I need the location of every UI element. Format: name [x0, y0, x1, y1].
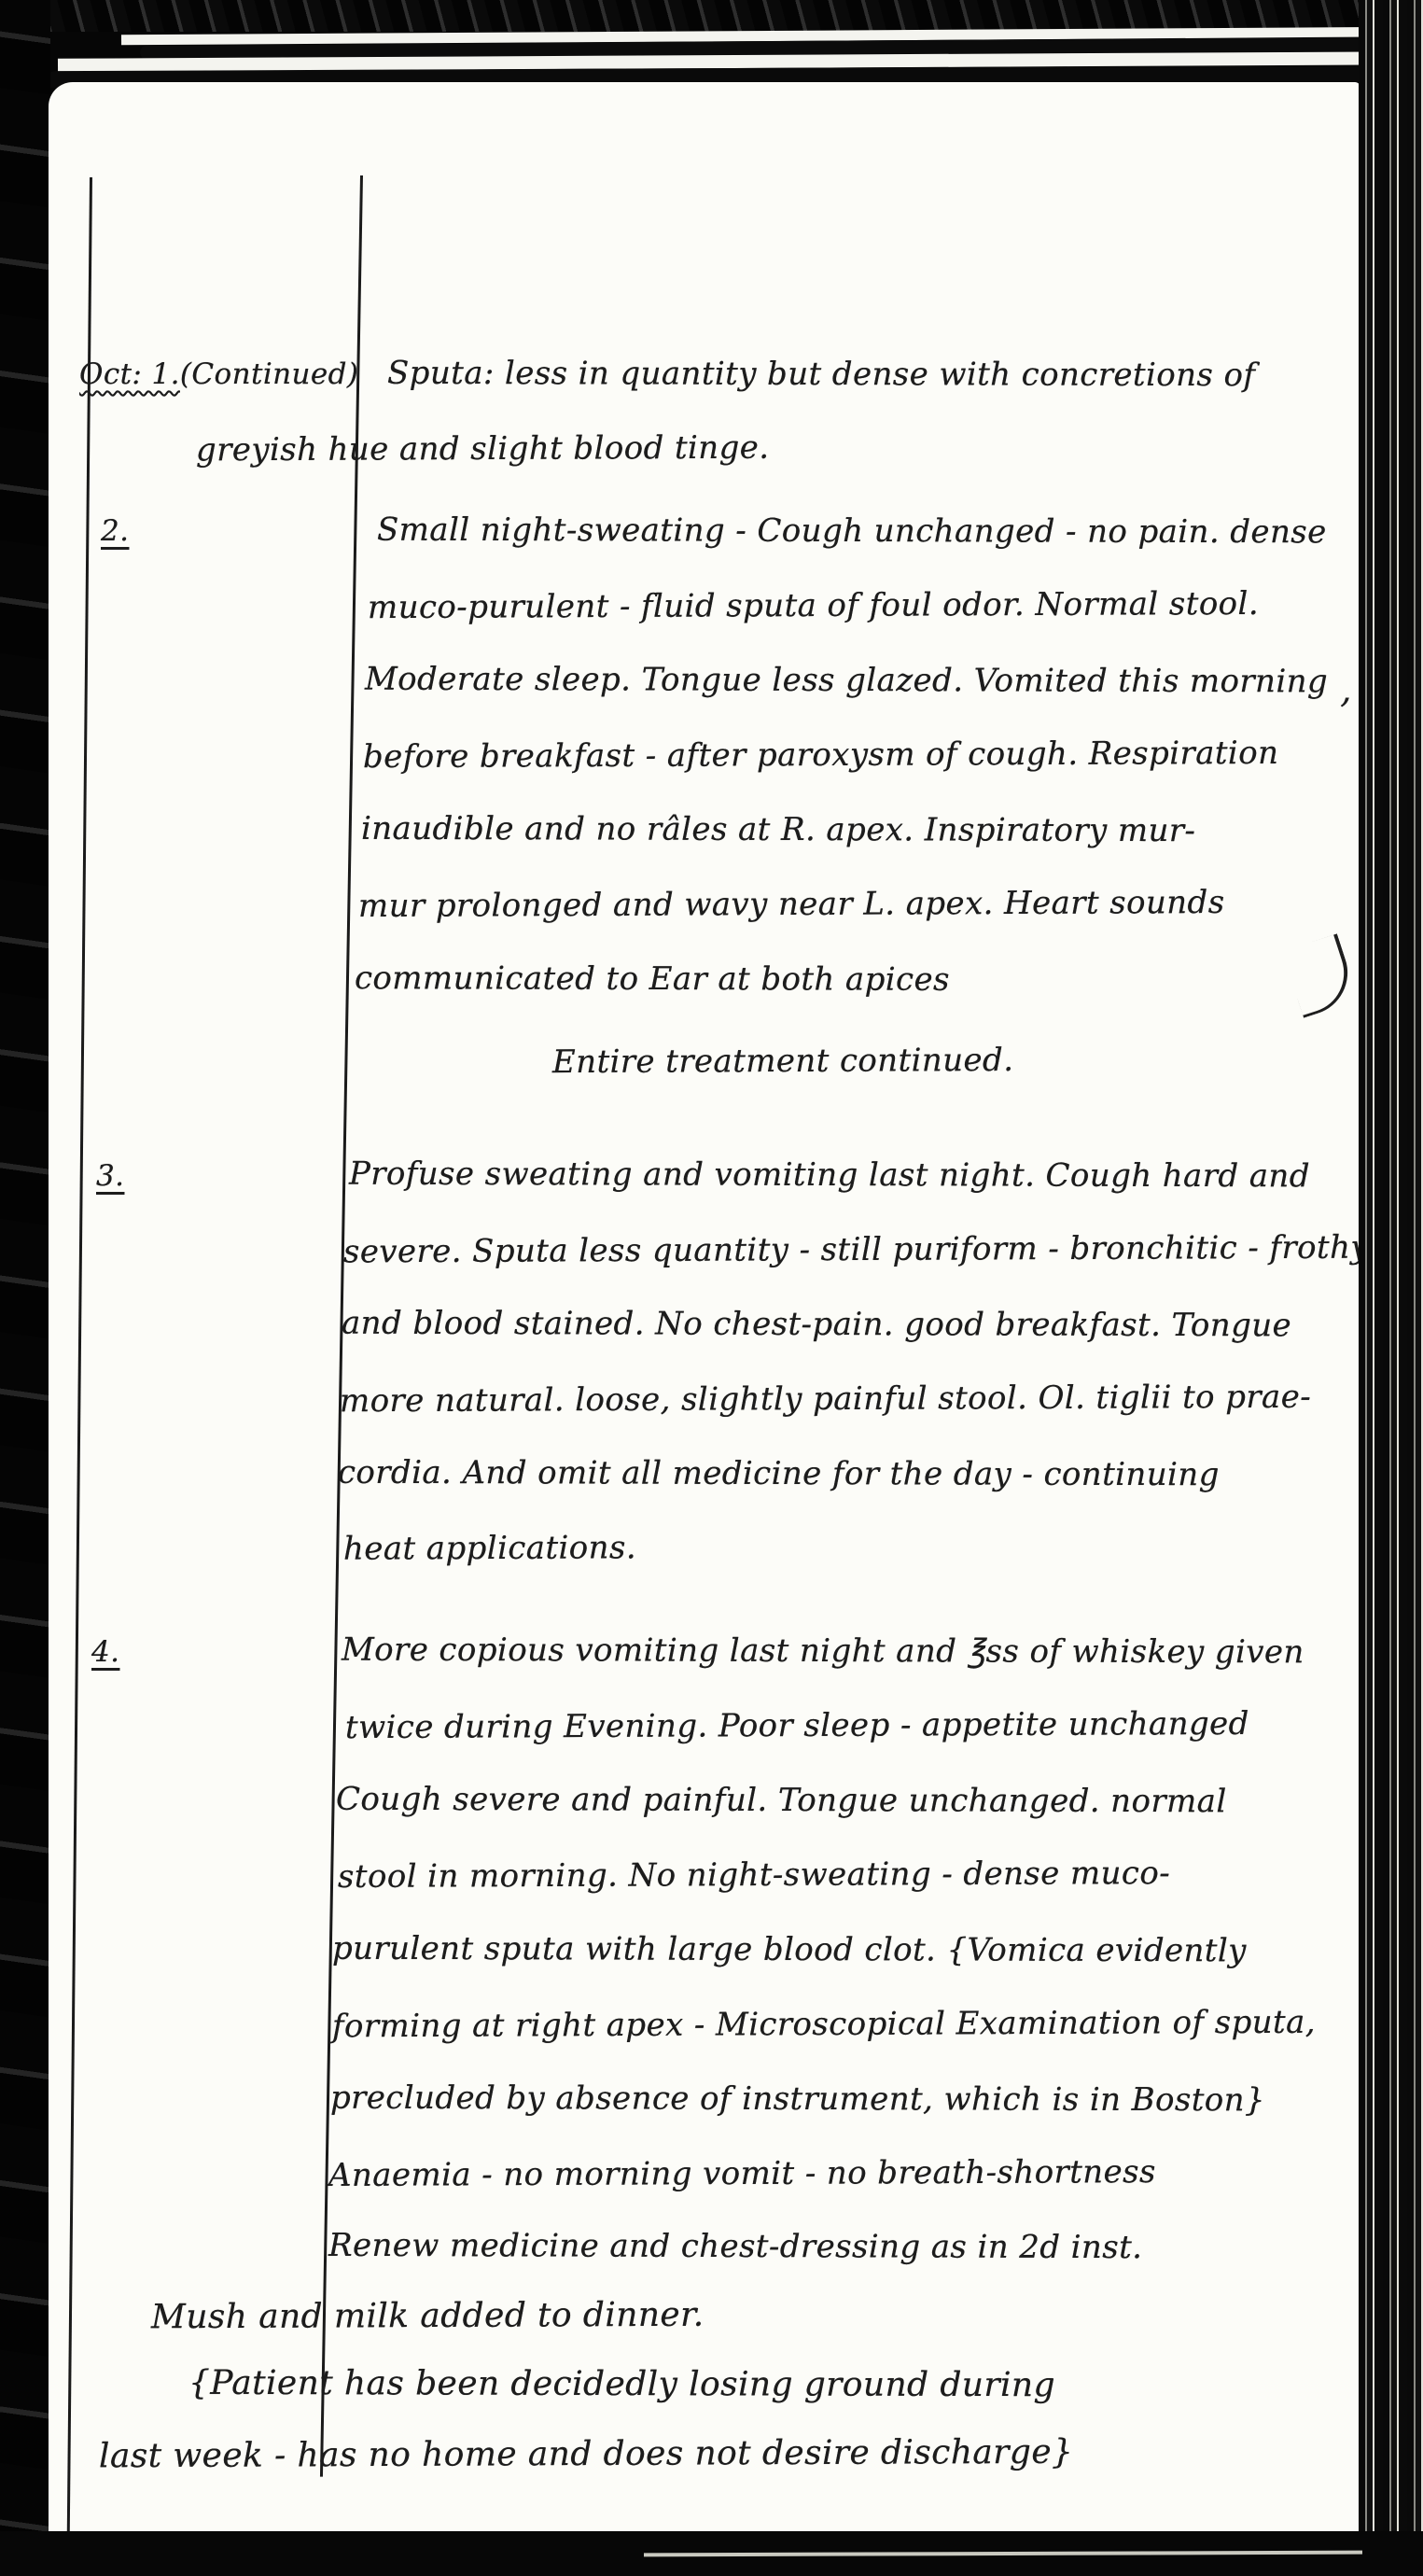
journal-line: cordia. And omit all medicine for the da…	[338, 1454, 1220, 1493]
stray-pen-mark: ,	[1340, 668, 1352, 711]
entry-label-oct-1: Oct: 1.(Continued)	[79, 357, 358, 391]
journal-line: and blood stained. No chest-pain. good b…	[342, 1305, 1291, 1345]
journal-line: severe. Sputa less quantity - still puri…	[343, 1229, 1369, 1271]
scan-left-edge	[0, 0, 50, 2576]
scanned-journal-page: Oct: 1.(Continued) 2. 3. 4. Sputa: less …	[0, 0, 1423, 2576]
journal-line: muco-purulent - fluid sputa of foul odor…	[368, 585, 1259, 626]
scan-top-edge	[0, 0, 1423, 32]
entry-label-4: 4.	[91, 1635, 119, 1669]
journal-line: {Patient has been decidedly losing groun…	[188, 2364, 1055, 2404]
journal-line: inaudible and no râles at R. apex. Inspi…	[361, 810, 1195, 849]
journal-line: Sputa: less in quantity but dense with c…	[387, 355, 1255, 394]
journal-line: before breakfast - after paroxysm of cou…	[363, 735, 1278, 776]
journal-line: precluded by absence of instrument, whic…	[330, 2079, 1265, 2120]
journal-line: Cough severe and painful. Tongue unchang…	[336, 1781, 1227, 1820]
journal-line: greyish hue and slight blood tinge.	[196, 429, 770, 469]
scan-right-book-edge	[1359, 0, 1423, 2576]
journal-line: more natural. loose, slightly painful st…	[340, 1379, 1311, 1421]
journal-line-centered: Entire treatment continued.	[552, 1042, 1014, 1081]
journal-line: last week - has no home and does not des…	[99, 2433, 1073, 2476]
journal-line: Mush and milk added to dinner.	[151, 2296, 705, 2337]
journal-line: More copious vomiting last night and ℥ss…	[342, 1631, 1304, 1672]
entry-date-continued: (Continued)	[180, 357, 358, 391]
entry-label-2: 2.	[101, 514, 129, 548]
journal-line: twice during Evening. Poor sleep - appet…	[345, 1705, 1249, 1746]
journal-line: Small night-sweating - Cough unchanged -…	[377, 511, 1327, 552]
journal-line: mur prolonged and wavy near L. apex. Hea…	[358, 884, 1225, 925]
journal-line: Moderate sleep. Tongue less glazed. Vomi…	[365, 661, 1328, 701]
journal-line: Anaemia - no morning vomit - no breath-s…	[328, 2153, 1156, 2194]
journal-line: stool in morning. No night-sweating - de…	[338, 1855, 1170, 1896]
journal-line: purulent sputa with large blood clot. {V…	[332, 1930, 1247, 1970]
journal-line: communicated to Ear at both apices	[355, 959, 950, 999]
journal-line: forming at right apex - Microscopical Ex…	[332, 2004, 1316, 2046]
journal-line: heat applications.	[343, 1529, 636, 1567]
journal-line: Renew medicine and chest-dressing as in …	[328, 2227, 1142, 2266]
entry-label-3: 3.	[96, 1159, 124, 1193]
entry-date: Oct: 1.	[79, 357, 180, 391]
journal-line: Profuse sweating and vomiting last night…	[349, 1155, 1310, 1196]
